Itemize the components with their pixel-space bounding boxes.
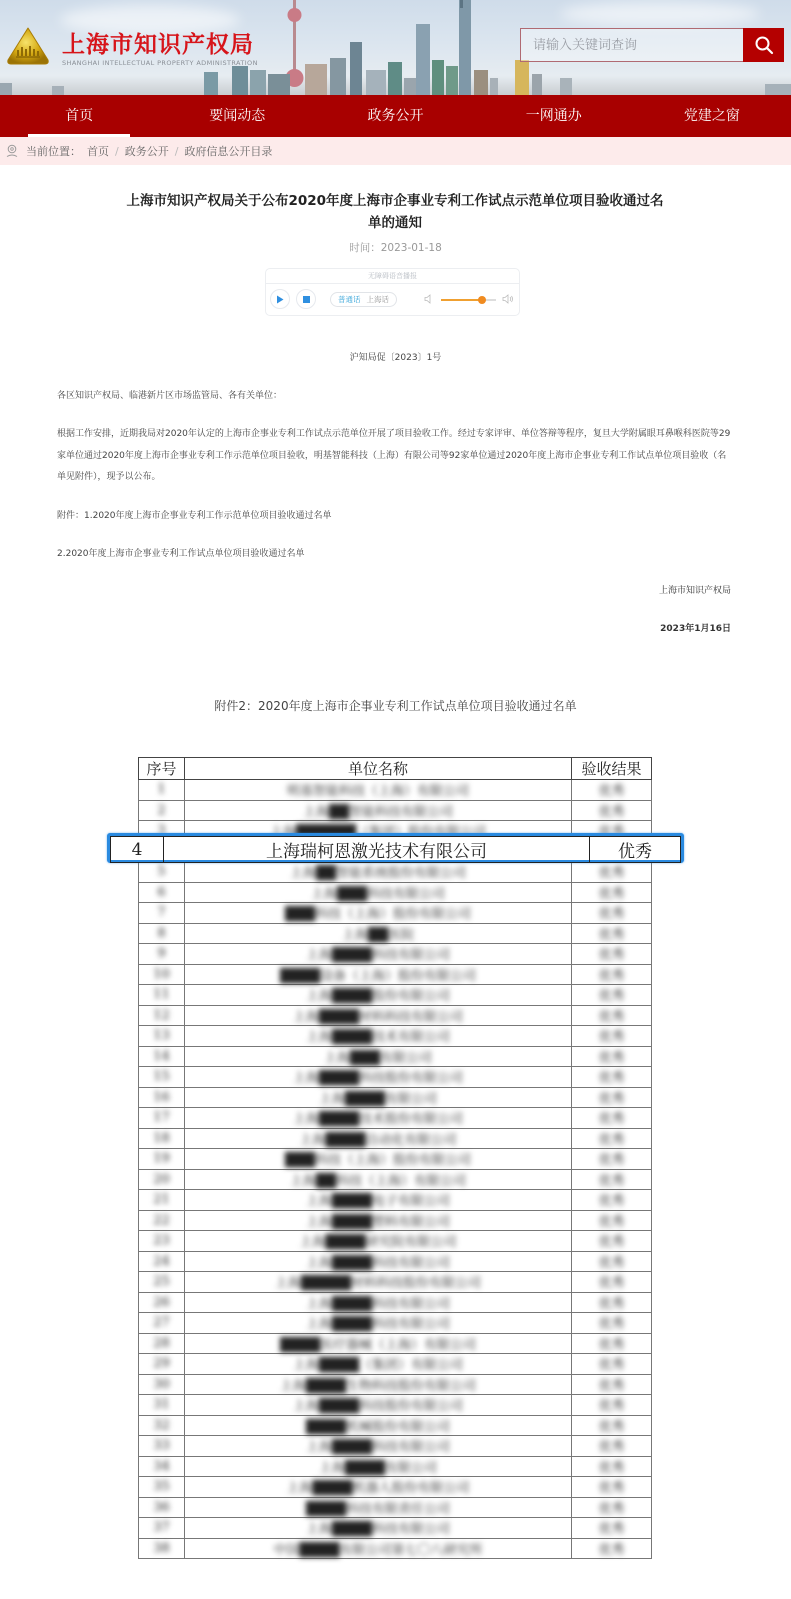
- acceptance-result: 优秀: [572, 1149, 652, 1170]
- row-number: 5: [139, 862, 185, 883]
- company-name: 上海████材料科技有限公司: [185, 1005, 572, 1026]
- blurred-text: 优秀: [598, 903, 624, 922]
- blurred-text: 优秀: [598, 1518, 624, 1537]
- blurred-text: 优秀: [598, 965, 624, 984]
- breadcrumb-separator: /: [115, 145, 119, 158]
- blurred-text: 优秀: [598, 1067, 624, 1086]
- article-date: 时间：2023-01-18: [0, 240, 791, 255]
- blurred-text: 优秀: [598, 1293, 624, 1312]
- row-number: 31: [139, 1395, 185, 1416]
- row-number: 25: [139, 1272, 185, 1293]
- salutation: 各区知识产权局、临港新片区市场监管局、各有关单位：: [57, 388, 282, 401]
- blurred-text: 23: [153, 1233, 170, 1248]
- row-number: 6: [139, 882, 185, 903]
- acceptance-result: 优秀: [572, 1354, 652, 1375]
- company-name: 上海████科技股份有限公司: [185, 1395, 572, 1416]
- blurred-text: ███科技（上海）股份有限公司: [285, 903, 471, 922]
- company-name: ████设备（上海）股份有限公司: [185, 964, 572, 985]
- blurred-text: 34: [153, 1459, 170, 1474]
- blurred-text: 优秀: [598, 1252, 624, 1271]
- blurred-text: 优秀: [598, 1006, 624, 1025]
- blurred-text: 9: [157, 946, 165, 961]
- breadcrumb-info-catalog[interactable]: 政府信息公开目录: [184, 143, 272, 159]
- table-row: 32████机械股份有限公司优秀: [139, 1415, 652, 1436]
- table-row: 37上海████科技有限公司优秀: [139, 1518, 652, 1539]
- blurred-text: 37: [153, 1520, 170, 1535]
- blurred-text: 上海████科技有限公司: [306, 1313, 450, 1332]
- blurred-text: 优秀: [598, 862, 624, 881]
- acceptance-result: 优秀: [572, 1087, 652, 1108]
- main-nav: 首页 要闻动态 政务公开 一网通办 党建之窗: [0, 95, 791, 137]
- blurred-text: 优秀: [598, 1088, 624, 1107]
- stop-button[interactable]: [296, 289, 316, 309]
- blurred-text: 36: [153, 1500, 170, 1515]
- lang-option-shanghainese[interactable]: 上海话: [364, 294, 393, 305]
- company-name: ████科技有限责任公司: [185, 1497, 572, 1518]
- player-label: 无障碍语音播报: [266, 269, 519, 284]
- company-name: 上海███有限公司: [185, 1046, 572, 1067]
- row-number: 28: [139, 1333, 185, 1354]
- acceptance-result: 优秀: [572, 1477, 652, 1498]
- acceptance-result: 优秀: [572, 1436, 652, 1457]
- company-name: 上海████（集团）有限公司: [185, 1354, 572, 1375]
- table-row: 35上海████机器人股份有限公司优秀: [139, 1477, 652, 1498]
- signature-org: 上海市知识产权局: [659, 583, 731, 596]
- table-row: 34上海████有限公司优秀: [139, 1456, 652, 1477]
- row-number: 7: [139, 903, 185, 924]
- blurred-text: 上海████自动化有限公司: [300, 1129, 457, 1148]
- blurred-text: 20: [153, 1172, 170, 1187]
- company-name: 上海████塑料有限公司: [185, 1210, 572, 1231]
- row-number: 2: [139, 800, 185, 821]
- company-name: 明基智能科技（上海）有限公司: [185, 780, 572, 801]
- blurred-text: 优秀: [598, 1149, 624, 1168]
- table-row: 2上海██智能科技有限公司优秀: [139, 800, 652, 821]
- blurred-text: 11: [153, 987, 170, 1002]
- company-name: 上海████技术股份有限公司: [185, 1108, 572, 1129]
- breadcrumb-gov-affairs[interactable]: 政务公开: [125, 143, 169, 159]
- blurred-text: 优秀: [598, 1047, 624, 1066]
- acceptance-result: 优秀: [572, 1374, 652, 1395]
- blurred-text: ████机械股份有限公司: [306, 1416, 450, 1435]
- row-number: 35: [139, 1477, 185, 1498]
- blurred-text: 25: [153, 1274, 170, 1289]
- company-name: 上海████研究院有限公司: [185, 1231, 572, 1252]
- blurred-text: 35: [153, 1479, 170, 1494]
- volume-high-icon[interactable]: [502, 294, 514, 304]
- search-input[interactable]: [520, 28, 744, 62]
- blurred-text: 优秀: [598, 944, 624, 963]
- acceptance-result: 优秀: [572, 1313, 652, 1334]
- blurred-text: 优秀: [598, 1354, 624, 1373]
- blurred-text: 优秀: [598, 1498, 624, 1517]
- annex-table: 序号 单位名称 验收结果 1明基智能科技（上海）有限公司优秀2上海██智能科技有…: [138, 757, 652, 1559]
- acceptance-result: 优秀: [572, 903, 652, 924]
- row-number: 18: [139, 1128, 185, 1149]
- blurred-text: 上海████有限公司: [319, 1457, 437, 1476]
- table-row: 22上海████塑料有限公司优秀: [139, 1210, 652, 1231]
- breadcrumb-home[interactable]: 首页: [87, 143, 109, 159]
- blurred-text: 24: [153, 1254, 170, 1269]
- acceptance-result: 优秀: [572, 800, 652, 821]
- row-number: 33: [139, 1436, 185, 1457]
- ipa-emblem-logo: [6, 26, 50, 66]
- table-row: 1明基智能科技（上海）有限公司优秀: [139, 780, 652, 801]
- search-button[interactable]: [743, 28, 784, 62]
- company-name: 上海██科技（上海）有限公司: [185, 1169, 572, 1190]
- acceptance-result: 优秀: [572, 923, 652, 944]
- row-number: 1: [139, 780, 185, 801]
- stop-icon: [303, 296, 310, 303]
- company-name: 上海████电子有限公司: [185, 1190, 572, 1211]
- company-name: 上海████科技有限公司: [185, 1436, 572, 1457]
- row-number: 15: [139, 1067, 185, 1088]
- blurred-text: 21: [153, 1192, 170, 1207]
- acceptance-result: 优秀: [572, 1046, 652, 1067]
- table-row: 14上海███有限公司优秀: [139, 1046, 652, 1067]
- company-name: ████机械股份有限公司: [185, 1415, 572, 1436]
- blurred-text: 上海████技术有限公司: [306, 1026, 450, 1045]
- acceptance-result: 优秀: [572, 944, 652, 965]
- blurred-text: 上海███有限公司: [324, 1047, 432, 1066]
- blurred-text: 8: [157, 926, 165, 941]
- blurred-text: 上海████（集团）有限公司: [293, 1354, 463, 1373]
- table-row: 18上海████自动化有限公司优秀: [139, 1128, 652, 1149]
- acceptance-result: 优秀: [572, 1456, 652, 1477]
- table-row: 26上海████科技有限公司优秀: [139, 1292, 652, 1313]
- row-number: 14: [139, 1046, 185, 1067]
- row-number: 38: [139, 1538, 185, 1559]
- acceptance-result: 优秀: [572, 1415, 652, 1436]
- acceptance-result: 优秀: [572, 1169, 652, 1190]
- blurred-text: 31: [153, 1397, 170, 1412]
- blurred-text: 13: [153, 1028, 170, 1043]
- blurred-text: 上海████科技有限公司: [306, 1293, 450, 1312]
- company-name: ███科技（上海）股份有限公司: [185, 1149, 572, 1170]
- acceptance-result: 优秀: [572, 1005, 652, 1026]
- table-header-row: 序号 单位名称 验收结果: [139, 758, 652, 780]
- company-name: 上海████股份有限公司: [185, 985, 572, 1006]
- acceptance-result: 优秀: [572, 1518, 652, 1539]
- blurred-text: 优秀: [598, 985, 624, 1004]
- blurred-text: 上海████科技有限公司: [306, 1436, 450, 1455]
- blurred-text: 优秀: [598, 1395, 624, 1414]
- blurred-text: 15: [153, 1069, 170, 1084]
- company-name: 上海████科技有限公司: [185, 1518, 572, 1539]
- acceptance-result: 优秀: [572, 1333, 652, 1354]
- row-number: 34: [139, 1456, 185, 1477]
- acceptance-result: 优秀: [572, 1292, 652, 1313]
- column-header-result: 验收结果: [572, 758, 652, 780]
- table-row: 6上海███科技有限公司优秀: [139, 882, 652, 903]
- language-toggle: 普通话 上海话: [330, 292, 397, 307]
- acceptance-result: 优秀: [572, 862, 652, 883]
- blurred-text: 上海████材料科技有限公司: [293, 1006, 463, 1025]
- blurred-text: 优秀: [598, 1129, 624, 1148]
- company-name: 中国████有限公司第七〇八研究所: [185, 1538, 572, 1559]
- blurred-text: 中国████有限公司第七〇八研究所: [274, 1539, 483, 1558]
- table-row: 31上海████科技股份有限公司优秀: [139, 1395, 652, 1416]
- voice-player: 无障碍语音播报 普通话 上海话: [265, 268, 520, 316]
- acceptance-result: 优秀: [572, 1067, 652, 1088]
- blurred-text: 上海████有限公司: [319, 1088, 437, 1107]
- row-number: 12: [139, 1005, 185, 1026]
- table-row: 20上海██科技（上海）有限公司优秀: [139, 1169, 652, 1190]
- blurred-text: 32: [153, 1418, 170, 1433]
- company-name: ███科技（上海）股份有限公司: [185, 903, 572, 924]
- company-name: 上海████科技有限公司: [185, 944, 572, 965]
- blurred-text: 7: [157, 905, 165, 920]
- blurred-text: 上海████科技股份有限公司: [293, 1067, 463, 1086]
- row-number: 20: [139, 1169, 185, 1190]
- company-name: 上海████科技有限公司: [185, 1292, 572, 1313]
- lang-option-mandarin[interactable]: 普通话: [335, 294, 364, 305]
- volume-slider-fill: [441, 299, 482, 301]
- acceptance-result: 优秀: [572, 1272, 652, 1293]
- acceptance-result: 优秀: [572, 1231, 652, 1252]
- blurred-text: ████医疗器械（上海）有限公司: [280, 1334, 476, 1353]
- breadcrumb: 当前位置： 首页 / 政务公开 / 政府信息公开目录: [0, 137, 791, 165]
- row-number: 9: [139, 944, 185, 965]
- blurred-text: 优秀: [598, 1231, 624, 1250]
- blurred-text: ████科技有限责任公司: [306, 1498, 450, 1517]
- blurred-text: 上海█████材料科技股份有限公司: [275, 1272, 481, 1291]
- company-name: 上海████自动化有限公司: [185, 1128, 572, 1149]
- blurred-text: 优秀: [598, 1272, 624, 1291]
- blurred-text: 优秀: [598, 780, 624, 799]
- blurred-text: 16: [153, 1090, 170, 1105]
- blurred-text: ███科技（上海）股份有限公司: [285, 1149, 471, 1168]
- volume-slider-handle[interactable]: [478, 296, 486, 304]
- body-paragraph: 根据工作安排，近期我局对2020年认定的上海市企事业专利工作试点示范单位开展了项…: [57, 424, 733, 489]
- table-row: 25上海█████材料科技股份有限公司优秀: [139, 1272, 652, 1293]
- document-number: 沪知局促〔2023〕1号: [0, 350, 791, 363]
- table-row: 11上海████股份有限公司优秀: [139, 985, 652, 1006]
- nav-item-online-services[interactable]: 一网通办: [475, 95, 633, 137]
- column-header-no: 序号: [139, 758, 185, 780]
- company-name: 上海████科技股份有限公司: [185, 1067, 572, 1088]
- blurred-text: 优秀: [598, 1375, 624, 1394]
- breadcrumb-prefix: 当前位置：: [26, 143, 81, 159]
- volume-slider[interactable]: [441, 299, 496, 301]
- row-number: 11: [139, 985, 185, 1006]
- row-number: 8: [139, 923, 185, 944]
- blurred-text: 28: [153, 1336, 170, 1351]
- blurred-text: 优秀: [598, 1539, 624, 1558]
- blurred-text: 上海████科技有限公司: [306, 1518, 450, 1537]
- blurred-text: 优秀: [598, 1026, 624, 1045]
- header-banner: 上海市知识产权局 SHANGHAI INTELLECTUAL PROPERTY …: [0, 0, 791, 95]
- company-name: 上海████有限公司: [185, 1087, 572, 1108]
- blurred-text: 12: [153, 1008, 170, 1023]
- blurred-text: 上海███科技有限公司: [311, 883, 445, 902]
- row-number: 32: [139, 1415, 185, 1436]
- blurred-text: 30: [153, 1377, 170, 1392]
- acceptance-result: 优秀: [572, 985, 652, 1006]
- table-row: 10████设备（上海）股份有限公司优秀: [139, 964, 652, 985]
- nav-item-party-building[interactable]: 党建之窗: [633, 95, 791, 137]
- row-number: 30: [139, 1374, 185, 1395]
- blurred-text: 上海████塑料有限公司: [306, 1211, 450, 1230]
- table-row: 36████科技有限责任公司优秀: [139, 1497, 652, 1518]
- blurred-text: 优秀: [598, 1170, 624, 1189]
- row-number: 21: [139, 1190, 185, 1211]
- blurred-text: 优秀: [598, 1436, 624, 1455]
- acceptance-result: 优秀: [572, 780, 652, 801]
- table-row: 15上海████科技股份有限公司优秀: [139, 1067, 652, 1088]
- acceptance-result: 优秀: [572, 1210, 652, 1231]
- blurred-text: ████设备（上海）股份有限公司: [280, 965, 476, 984]
- blurred-text: 优秀: [598, 1457, 624, 1476]
- blurred-text: 38: [153, 1541, 170, 1556]
- signature-date: 2023年1月16日: [660, 621, 731, 634]
- company-name: 上海██智能系统股份有限公司: [185, 862, 572, 883]
- row-number: 17: [139, 1108, 185, 1129]
- blurred-text: 优秀: [598, 801, 624, 820]
- blurred-text: 优秀: [598, 1477, 624, 1496]
- company-name: 上海██智能科技有限公司: [185, 800, 572, 821]
- blurred-text: 14: [153, 1049, 170, 1064]
- row-number: 16: [139, 1087, 185, 1108]
- blurred-text: 上海████股份有限公司: [306, 985, 450, 1004]
- blurred-text: 33: [153, 1438, 170, 1453]
- row-number: 24: [139, 1251, 185, 1272]
- table-row: 12上海████材料科技有限公司优秀: [139, 1005, 652, 1026]
- row-number: 13: [139, 1026, 185, 1047]
- acceptance-result: 优秀: [572, 1538, 652, 1559]
- blurred-text: 上海████生物科技股份有限公司: [280, 1375, 476, 1394]
- company-name: 上海████生物科技股份有限公司: [185, 1374, 572, 1395]
- article-title: 上海市知识产权局关于公布2020年度上海市企事业专利工作试点示范单位项目验收通过…: [125, 190, 665, 234]
- blurred-text: 5: [157, 864, 165, 879]
- acceptance-result: 优秀: [572, 1395, 652, 1416]
- blurred-text: 优秀: [598, 1211, 624, 1230]
- table-row: 38中国████有限公司第七〇八研究所优秀: [139, 1538, 652, 1559]
- blurred-text: 上海██智能科技有限公司: [303, 801, 453, 820]
- attachment-link-1[interactable]: 附件：1.2020年度上海市企事业专利工作示范单位项目验收通过名单: [57, 508, 332, 521]
- acceptance-result: 优秀: [572, 1026, 652, 1047]
- blurred-text: 2: [157, 803, 165, 818]
- highlighted-table-row[interactable]: 4 上海瑞柯恩激光技术有限公司 优秀: [107, 833, 684, 863]
- play-button[interactable]: [270, 289, 290, 309]
- acceptance-result: 优秀: [572, 1128, 652, 1149]
- blurred-text: 上海████科技有限公司: [306, 1252, 450, 1271]
- row-number: 29: [139, 1354, 185, 1375]
- company-name: 上海████机器人股份有限公司: [185, 1477, 572, 1498]
- site-subtitle: SHANGHAI INTELLECTUAL PROPERTY ADMINISTR…: [62, 59, 258, 67]
- company-name: 上海████科技有限公司: [185, 1313, 572, 1334]
- acceptance-result: 优秀: [572, 1497, 652, 1518]
- acceptance-result: 优秀: [572, 1190, 652, 1211]
- table-row: 13上海████技术有限公司优秀: [139, 1026, 652, 1047]
- nav-item-home[interactable]: 首页: [0, 95, 158, 137]
- blurred-text: 优秀: [598, 924, 624, 943]
- table-row: 9上海████科技有限公司优秀: [139, 944, 652, 965]
- table-row: 27上海████科技有限公司优秀: [139, 1313, 652, 1334]
- blurred-text: 上海████技术股份有限公司: [293, 1108, 463, 1127]
- volume-low-icon[interactable]: [424, 294, 433, 304]
- row-number: 26: [139, 1292, 185, 1313]
- blurred-text: 6: [157, 885, 165, 900]
- row-number: 10: [139, 964, 185, 985]
- blurred-text: 27: [153, 1315, 170, 1330]
- row-number: 4: [111, 837, 164, 863]
- blurred-text: 29: [153, 1356, 170, 1371]
- site-title[interactable]: 上海市知识产权局: [62, 26, 254, 59]
- search-icon: [754, 35, 774, 55]
- blurred-text: 上海████科技有限公司: [306, 944, 450, 963]
- location-pin-icon: [6, 144, 18, 158]
- row-number: 22: [139, 1210, 185, 1231]
- blurred-text: 上海████研究院有限公司: [300, 1231, 457, 1250]
- play-icon: [276, 295, 284, 304]
- acceptance-result: 优秀: [572, 964, 652, 985]
- blurred-text: 26: [153, 1295, 170, 1310]
- blurred-text: 上海██智能系统股份有限公司: [290, 862, 466, 881]
- table-row: 28████医疗器械（上海）有限公司优秀: [139, 1333, 652, 1354]
- blurred-text: 上海████电子有限公司: [306, 1190, 450, 1209]
- nav-item-news[interactable]: 要闻动态: [158, 95, 316, 137]
- table-row: 24上海████科技有限公司优秀: [139, 1251, 652, 1272]
- company-name: 上海瑞柯恩激光技术有限公司: [164, 837, 590, 863]
- row-number: 27: [139, 1313, 185, 1334]
- table-row: 23上海████研究院有限公司优秀: [139, 1231, 652, 1252]
- blurred-text: 上海████科技股份有限公司: [293, 1395, 463, 1414]
- table-row: 17上海████技术股份有限公司优秀: [139, 1108, 652, 1129]
- table-row: 30上海████生物科技股份有限公司优秀: [139, 1374, 652, 1395]
- company-name: 上海████有限公司: [185, 1456, 572, 1477]
- blurred-text: 优秀: [598, 883, 624, 902]
- row-number: 36: [139, 1497, 185, 1518]
- table-row: 8上海██医院优秀: [139, 923, 652, 944]
- row-number: 23: [139, 1231, 185, 1252]
- company-name: 上海█████材料科技股份有限公司: [185, 1272, 572, 1293]
- acceptance-result: 优秀: [572, 1251, 652, 1272]
- blurred-text: 明基智能科技（上海）有限公司: [287, 780, 469, 799]
- blurred-text: 上海████机器人股份有限公司: [287, 1477, 470, 1496]
- column-header-name: 单位名称: [185, 758, 572, 780]
- company-name: 上海███科技有限公司: [185, 882, 572, 903]
- blurred-text: 17: [153, 1110, 170, 1125]
- acceptance-result: 优秀: [572, 882, 652, 903]
- acceptance-result: 优秀: [572, 1108, 652, 1129]
- blurred-text: 上海██医院: [342, 924, 414, 943]
- annex-title: 附件2：2020年度上海市企事业专利工作试点单位项目验收通过名单: [0, 697, 791, 714]
- nav-item-gov-affairs[interactable]: 政务公开: [316, 95, 474, 137]
- table-row: 5上海██智能系统股份有限公司优秀: [139, 862, 652, 883]
- row-number: 37: [139, 1518, 185, 1539]
- blurred-text: 19: [153, 1151, 170, 1166]
- attachment-link-2[interactable]: 2.2020年度上海市企事业专利工作试点单位项目验收通过名单: [57, 546, 305, 559]
- blurred-text: 优秀: [598, 1334, 624, 1353]
- table-row: 33上海████科技有限公司优秀: [139, 1436, 652, 1457]
- row-number: 19: [139, 1149, 185, 1170]
- table-row: 29上海████（集团）有限公司优秀: [139, 1354, 652, 1375]
- table-body: 1明基智能科技（上海）有限公司优秀2上海██智能科技有限公司优秀3上海█████…: [139, 780, 652, 1559]
- blurred-text: 1: [157, 782, 165, 797]
- blurred-text: 优秀: [598, 1190, 624, 1209]
- acceptance-result: 优秀: [590, 837, 681, 863]
- blurred-text: 10: [153, 967, 170, 982]
- company-name: ████医疗器械（上海）有限公司: [185, 1333, 572, 1354]
- table-row: 7███科技（上海）股份有限公司优秀: [139, 903, 652, 924]
- blurred-text: 18: [153, 1131, 170, 1146]
- company-name: 上海████科技有限公司: [185, 1251, 572, 1272]
- blurred-text: 优秀: [598, 1313, 624, 1332]
- table-row: 21上海████电子有限公司优秀: [139, 1190, 652, 1211]
- blurred-text: 上海██科技（上海）有限公司: [290, 1170, 466, 1189]
- blurred-text: 优秀: [598, 1108, 624, 1127]
